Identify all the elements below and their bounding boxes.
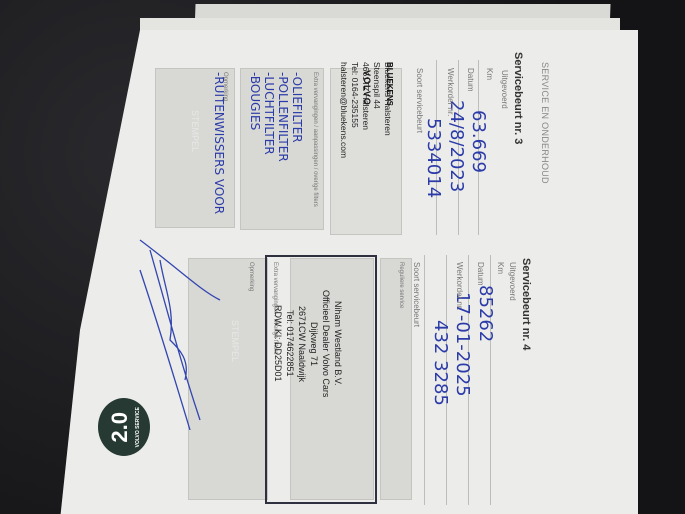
s4-type-box [380, 258, 412, 500]
stamp-line: halsteren@bluekens.com [338, 62, 349, 158]
s4-wo-value: 432 3285 [430, 320, 451, 406]
badge-text: VOLVO SERVICE [135, 407, 141, 447]
section-header: SERVICE EN ONDERHOUD [540, 62, 550, 184]
stamp-line: Dijkweg 71 [308, 290, 320, 397]
s3-extra-label: Extra vervangingen / aanpassingen / over… [312, 72, 318, 207]
s3-km-value: 63.669 [468, 110, 489, 173]
s4-type-label: Soort servicebeurt [412, 262, 421, 327]
s4-remarks-label: Opmerking [248, 262, 254, 291]
stamp-line: Niham Westland B.V. [332, 290, 344, 397]
s4-type-line [424, 255, 425, 505]
s3-extra-item: -BOUGIES [248, 72, 262, 130]
signature [120, 230, 230, 430]
bluekens-stamp: Bluekens Halsteren Steenspil 44 4661TZ H… [338, 62, 393, 158]
stamp-line: Tel: 0164-235155 [349, 62, 360, 158]
service-4-title: Servicebeurt nr. 4 [520, 258, 532, 350]
s3-extra-item: -LUCHTFILTER [262, 72, 276, 155]
s4-wo-label: Werkorder nr. [455, 262, 464, 310]
service-3-title: Servicebeurt nr. 3 [512, 52, 524, 144]
s3-remarks-value: -RUITENWISSERS VOOR [212, 72, 226, 214]
s3-km-label: Km [485, 68, 494, 80]
s3-extra-item: -POLLENFILTER [276, 72, 290, 162]
stamp-line: RDW Kl: DD25D01 [272, 290, 284, 397]
s3-wo-value: 5334014 [423, 118, 444, 198]
s4-date-label: Datum [476, 262, 485, 286]
s3-extra-item: -OLIEFILTER [290, 72, 304, 143]
s4-regular-label: Reguliere service [398, 262, 404, 308]
niham-stamp: Niham Westland B.V. Officieel Dealer Vol… [272, 290, 344, 397]
s3-wo-label: Werkorder nr. [446, 68, 455, 116]
s4-km-label: Km [496, 262, 505, 274]
s4-issued-label: Uitgevoerd [508, 262, 517, 301]
s4-km-value: 85262 [475, 285, 496, 342]
stamp-line: 4661TZ Halsteren [360, 62, 371, 158]
s3-date-label: Datum [466, 68, 475, 92]
badge-number: 2.0 [107, 412, 133, 443]
stamp-line: Steenspil 44 [371, 62, 382, 158]
stamp-line: Officieel Dealer Volvo Cars [320, 290, 332, 397]
s3-issued-label: Uitgevoerd [500, 70, 509, 109]
stamp-line: Tel: 0174622851 [284, 290, 296, 397]
s3-stamp-watermark: STEMPEL [190, 110, 200, 152]
stamp-line: 2671CW Naaldwijk [296, 290, 308, 397]
stamp-line: Bluekens Halsteren [382, 62, 393, 158]
s4-stamp-watermark: STEMPEL [230, 320, 240, 362]
volvo-service-badge: 2.0 VOLVO SERVICE [98, 398, 150, 456]
s3-type-label: Soort servicebeurt [415, 68, 424, 133]
